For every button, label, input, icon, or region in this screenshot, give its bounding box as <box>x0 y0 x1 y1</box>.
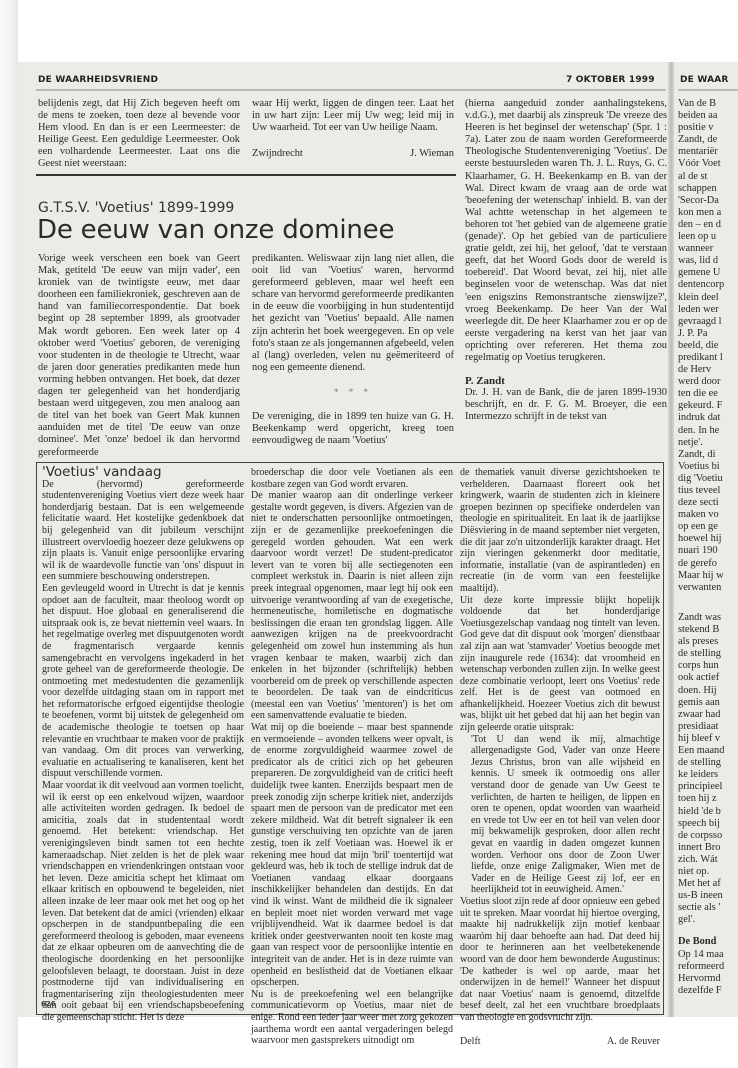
running-head-date: 7 OKTOBER 1999 <box>566 75 655 89</box>
box-text-2c: Wat mij op die boeiende – maar best span… <box>251 722 453 989</box>
next-page-line: hij bleef v <box>678 733 724 745</box>
article-text-3a: (hierna aangeduid zonder aanhalingsteken… <box>465 98 667 364</box>
next-page-line: schappen <box>678 183 724 195</box>
next-page-line: stekend B <box>678 624 724 636</box>
next-page-line: Vóór Voet <box>678 158 724 170</box>
box-text-2b: De manier waarop aan dit onderlinge verk… <box>251 490 453 722</box>
next-page-line: predikant l <box>678 352 724 364</box>
next-page-line: doen. Hij <box>678 685 724 697</box>
next-page-line: de gerefo <box>678 558 724 570</box>
next-page-line: verwanten <box>678 582 724 594</box>
article-divider-rule <box>36 174 456 176</box>
next-page-subhead: De Bond <box>678 936 716 948</box>
next-page-line: Zandt, di <box>678 449 724 461</box>
next-page-line: wanneer <box>678 243 724 255</box>
next-page-line: dentencorp <box>678 279 724 291</box>
next-page-line: 'Secor-Da <box>678 195 724 207</box>
next-page-line: tius teveel <box>678 485 724 497</box>
box-text-1b: Een gevleugeld woord in Utrecht is dat j… <box>42 583 244 780</box>
next-page-running-head: DE WAAR <box>680 75 729 89</box>
next-page-line: den. In he <box>678 425 724 437</box>
next-page-line: corps hun <box>678 660 724 672</box>
scan-margin <box>0 0 18 1068</box>
next-page-line: us-B ineen <box>678 890 724 902</box>
article-text-2a: predikanten. Weliswaar zijn lang niet al… <box>252 253 454 374</box>
next-page-line: toen hij z <box>678 793 724 805</box>
prev-article-text-1: belijdenis zegt, dat Hij Zich begeven he… <box>38 98 240 171</box>
next-page-line: gemis aan <box>678 697 724 709</box>
next-page-line: als preses <box>678 636 724 648</box>
next-page-col-top: Van de Bbeiden aapositie vZandt, dementa… <box>678 98 724 594</box>
next-page-line: gevraagd l <box>678 316 724 328</box>
next-page-line: ook actief <box>678 672 724 684</box>
prev-article-author: J. Wieman <box>410 148 454 160</box>
next-page-line: de stelling <box>678 757 724 769</box>
section-separator: * * * <box>252 386 454 398</box>
prev-article-text-2: waar Hij werkt, liggen de dingen teer. L… <box>252 98 454 134</box>
next-page-line: beeld, die <box>678 340 724 352</box>
box-text-3a: de thematiek vanuit diverse gezichtshoek… <box>460 467 660 595</box>
article-col2: predikanten. Weliswaar zijn lang niet al… <box>252 253 454 447</box>
next-page-line: beiden aa <box>678 110 724 122</box>
prev-article-place: Zwijndrecht <box>252 148 303 160</box>
next-page-line: speech bij <box>678 818 724 830</box>
box-text-3c: Voetius sloot zijn rede af door opnieuw … <box>460 896 660 1024</box>
next-page-line: gel'. <box>678 914 724 926</box>
next-page-line: positie v <box>678 122 724 134</box>
next-page-line: ke leiders <box>678 769 724 781</box>
box-text-2a: broederschap die door vele Voetianen als… <box>251 467 453 490</box>
next-page-line: zwaar had <box>678 709 724 721</box>
next-page-line: niet op. <box>678 866 724 878</box>
next-page-line: Zandt, de <box>678 134 724 146</box>
next-page-line: principieel <box>678 781 724 793</box>
next-page-line: de stelling <box>678 648 724 660</box>
article-headline: De eeuw van onze dominee <box>37 215 394 245</box>
next-page-line: Van de B <box>678 98 724 110</box>
next-page-line: Maar hij w <box>678 570 724 582</box>
next-page-line: den – en d <box>678 219 724 231</box>
article-col1: Vorige week verscheen een boek van Geert… <box>38 253 240 459</box>
next-page-line: innert Bro <box>678 842 724 854</box>
next-page-line: Op 14 maa <box>678 949 724 961</box>
next-page-line: klein deel <box>678 292 724 304</box>
next-page-line: maken vo <box>678 509 724 521</box>
next-page-line: Zandt was <box>678 612 724 624</box>
next-page-line: op een ge <box>678 521 724 533</box>
box-text-1a: De (hervormd) gereformeerde studentenver… <box>42 479 244 583</box>
article-text-3b: Dr. J. H. van de Bank, die de jaren 1899… <box>465 387 667 423</box>
prev-article-col1: belijdenis zegt, dat Hij Zich begeven he… <box>38 98 240 171</box>
box-text-1c: Maar voordat ik dit veelvoud aan vormen … <box>42 780 244 1023</box>
next-page-line: de corpsso <box>678 830 724 842</box>
next-page-line: dezelfde F <box>678 985 724 997</box>
next-page-line: nuari 190 <box>678 545 724 557</box>
next-page-line: zich. Wát <box>678 854 724 866</box>
next-page-line: mentariër <box>678 146 724 158</box>
running-head-rule <box>36 89 666 91</box>
next-page-line: reformeerd <box>678 961 724 973</box>
article-text-2b: De vereniging, die in 1899 ten huize van… <box>252 411 454 447</box>
next-page-line: gekeurd. F <box>678 400 724 412</box>
next-page-line: Met het af <box>678 878 724 890</box>
running-head-publication: DE WAARHEIDSVRIEND <box>38 75 158 89</box>
next-page-line: al de st <box>678 171 724 183</box>
next-page-line: netje'. <box>678 437 724 449</box>
next-page-line: leden wer <box>678 304 724 316</box>
next-page-line: werd door <box>678 376 724 388</box>
article-kicker: G.T.S.V. 'Voetius' 1899-1999 <box>38 200 234 216</box>
box-signature: Delft A. de Reuver <box>460 1036 660 1048</box>
next-page-col-bottom: Zandt wasstekend Bals presesde stellingc… <box>678 612 724 926</box>
prev-article-signature: Zwijndrecht J. Wieman <box>252 148 454 160</box>
next-page-line: deze secti <box>678 497 724 509</box>
box-text-2d: Nu is de preekoefening wel een belangrij… <box>251 989 453 1047</box>
next-page-line: hield 'de b <box>678 806 724 818</box>
next-page-line: kon men a <box>678 207 724 219</box>
next-page-line: Hervormd <box>678 973 724 985</box>
next-page-line: Een maand <box>678 745 724 757</box>
next-page-line: sectie als ' <box>678 902 724 914</box>
box-title: 'Voetius' vandaag <box>42 467 244 479</box>
next-page-line: Voetius bi <box>678 461 724 473</box>
prev-article-col2: waar Hij werkt, liggen de dingen teer. L… <box>252 98 454 160</box>
next-page-line: leen op u <box>678 231 724 243</box>
next-page-line: was, lid d <box>678 255 724 267</box>
next-page-head-rule <box>678 89 738 91</box>
box-col2: broederschap die door vele Voetianen als… <box>251 467 453 1047</box>
next-page-line: J. P. Pa <box>678 328 724 340</box>
box-text-3b: Uit deze korte impressie blijkt hopelijk… <box>460 595 660 734</box>
next-page-line: dig 'Voetiu <box>678 473 724 485</box>
next-page-line: gemene U <box>678 267 724 279</box>
article-subhead: P. Zandt <box>465 375 667 387</box>
next-page-line: ten die ee <box>678 388 724 400</box>
box-author: A. de Reuver <box>607 1036 660 1048</box>
next-page-line: hoewel hij <box>678 533 724 545</box>
next-page-line: indruk dat <box>678 412 724 424</box>
next-page-line: presidiaat <box>678 721 724 733</box>
next-page-col-end: Op 14 maareformeerdHervormddezelfde F <box>678 949 724 997</box>
next-page-line: de Herv <box>678 364 724 376</box>
page-number: 626 <box>41 1000 56 1008</box>
box-col1: 'Voetius' vandaag De (hervormd) gereform… <box>42 467 244 1024</box>
box-col3: de thematiek vanuit diverse gezichtshoek… <box>460 467 660 1047</box>
article-col3: (hierna aangeduid zonder aanhalingsteken… <box>465 98 667 423</box>
article-text-1: Vorige week verscheen een boek van Geert… <box>38 253 240 459</box>
box-place: Delft <box>460 1036 481 1048</box>
box-prayer-quote: 'Tot U dan wend ik mij, almachtige aller… <box>460 734 660 896</box>
